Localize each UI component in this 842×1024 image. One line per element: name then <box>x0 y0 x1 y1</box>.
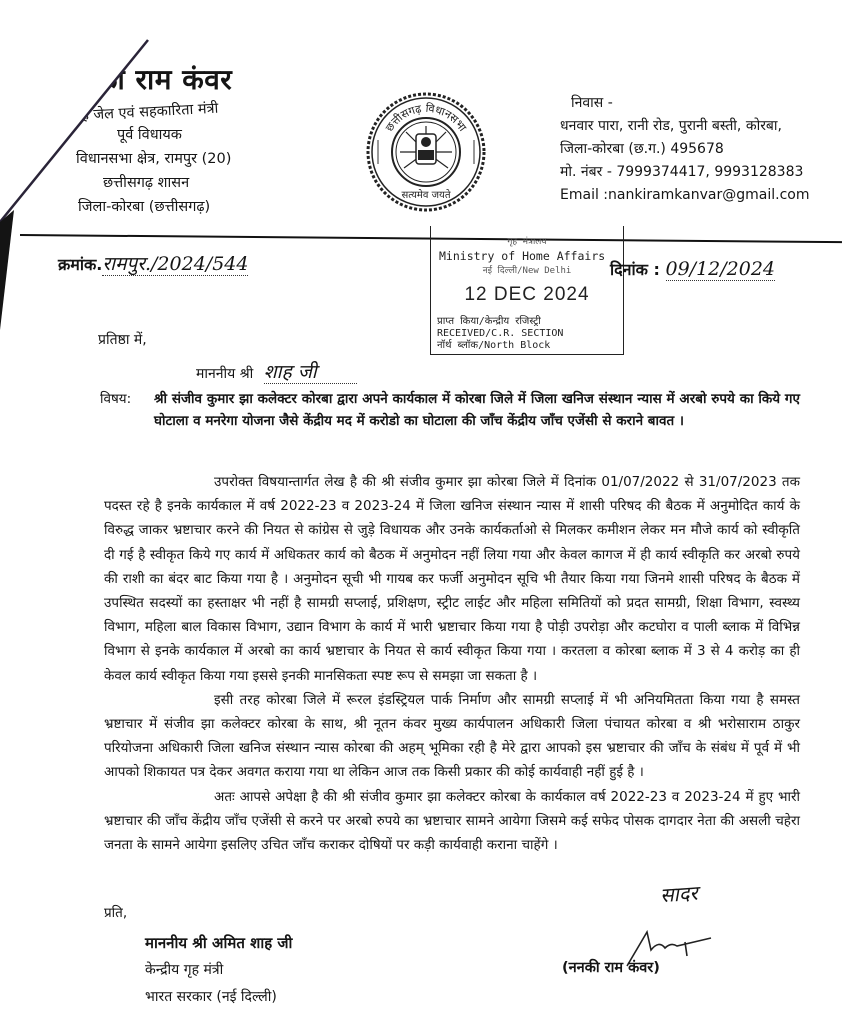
subject-block: विषय: श्री संजीव कुमार झा कलेक्टर कोरबा … <box>100 388 800 432</box>
recipient-name: माननीय श्री अमित शाह जी <box>145 930 292 957</box>
letter-page: की राम कंवर पूर्व गृह जेल एवं सहकारिता म… <box>0 0 842 1024</box>
date-value: 09/12/2024 <box>666 258 776 281</box>
subject-label: विषय: <box>100 388 131 410</box>
date-label: दिनांक : <box>610 260 660 279</box>
residence-label: निवास - <box>571 92 809 115</box>
body-paragraph-3: अतः आपसे अपेक्षा है की श्री संजीव कुमार … <box>104 785 800 858</box>
stamp-ministry: Ministry of Home Affairs <box>439 249 623 263</box>
letter-date: दिनांक : 09/12/2024 <box>610 258 775 280</box>
email-address: Email :nankiramkanvar@gmail.com <box>560 184 809 207</box>
letter-body: उपरोक्त विषयान्तार्गत लेख है की श्री संज… <box>104 470 800 857</box>
residence-address: धनवार पारा, रानी रोड, पुरानी बस्ती, कोरब… <box>560 115 809 138</box>
residence-block: निवास - धनवार पारा, रानी रोड, पुरानी बस्… <box>571 92 809 207</box>
recipient-block: माननीय श्री अमित शाह जी केन्द्रीय गृह मं… <box>145 930 292 1011</box>
reference-label: क्रमांक. <box>58 255 102 274</box>
stamp-city: नई दिल्ली/New Delhi <box>431 263 623 276</box>
letterhead-designation-2: पूर्व विधायक <box>117 124 182 147</box>
svg-text:सत्यमेव जयते: सत्यमेव जयते <box>401 189 450 201</box>
subject-text: श्री संजीव कुमार झा कलेक्टर कोरबा द्वारा… <box>154 388 800 432</box>
reference-number: क्रमांक.रामपुर./2024/544 <box>58 250 248 276</box>
stamp-ministry-hindi: गृह मंत्रालय <box>431 234 623 247</box>
stamp-received: प्राप्त किया/केन्द्रीय रजिस्ट्री RECEIVE… <box>437 316 623 352</box>
letterhead-name: की राम कंवर <box>96 60 232 98</box>
recipient-designation: केन्द्रीय गृह मंत्री <box>145 957 292 984</box>
copy-to-label: प्रति, <box>104 903 127 921</box>
addressee-prefix: माननीय श्री <box>196 366 253 382</box>
body-paragraph-2: इसी तरह कोरबा जिले में रूरल इंडस्ट्रियल … <box>104 688 800 785</box>
letterhead-government: छत्तीसगढ़ शासन <box>103 172 189 195</box>
stamp-received-english: RECEIVED/C.R. SECTION <box>437 328 623 340</box>
addressee: माननीय श्री शाह जी <box>196 358 357 384</box>
stamp-block: नॉर्थ ब्लॉक/North Block <box>437 340 623 352</box>
salutation: प्रतिष्ठा में, <box>98 330 147 349</box>
reference-value: रामपुर./2024/544 <box>102 253 248 276</box>
phone-numbers: मो. नंबर - 7999374417, 9993128383 <box>560 161 809 184</box>
receipt-stamp: गृह मंत्रालय Ministry of Home Affairs नई… <box>430 226 624 355</box>
letterhead-district: जिला-कोरबा (छत्तीसगढ़) <box>78 196 210 219</box>
letterhead-constituency: विधानसभा क्षेत्र, रामपुर (20) <box>76 148 231 171</box>
addressee-handwritten: शाह जी <box>264 361 357 384</box>
body-paragraph-1: उपरोक्त विषयान्तार्गत लेख है की श्री संज… <box>104 470 800 688</box>
recipient-office: भारत सरकार (नई दिल्ली) <box>145 984 292 1011</box>
assembly-seal-emblem: छत्तीसगढ़ विधानसभा सत्यमेव जयते <box>362 88 490 216</box>
stamp-received-hindi: प्राप्त किया/केन्द्रीय रजिस्ट्री <box>437 316 623 328</box>
residence-district: जिला-कोरबा (छ.ग.) 495678 <box>560 138 809 161</box>
handwritten-regards: सादर <box>659 879 698 909</box>
signatory-name: (ननकी राम कंवर) <box>562 957 660 977</box>
stamp-date: 12 DEC 2024 <box>431 284 623 306</box>
